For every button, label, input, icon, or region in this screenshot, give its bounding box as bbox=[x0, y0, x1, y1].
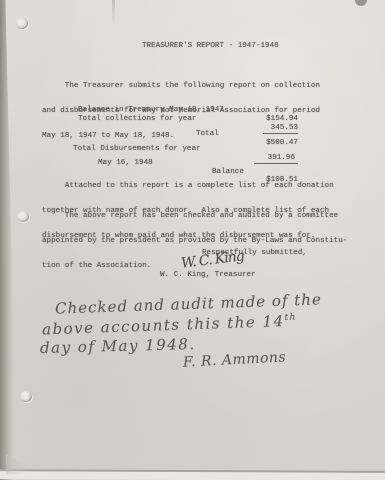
punch-hole-top bbox=[16, 18, 28, 29]
ledger-row-balance-1948: May 16, 1948 Balance $108.51 bbox=[0, 151, 18, 193]
punch-hole-middle bbox=[17, 211, 29, 222]
handwritten-note-line-3: day of May 1948. bbox=[40, 335, 196, 357]
ledger-label: Total bbox=[196, 130, 219, 138]
punch-hole-bottom bbox=[20, 391, 32, 402]
paper-left-edge-shadow bbox=[0, 0, 17, 480]
audit-line: appointed by the president as provided b… bbox=[42, 237, 347, 245]
ledger-amount-underlined: 391.96 bbox=[254, 154, 298, 164]
report-title: TREASURER'S REPORT - 1947-1948 bbox=[142, 42, 279, 50]
auditor-handwritten-signature: F. R. Ammons bbox=[183, 349, 287, 370]
intro-line: The Treasurer submits the following repo… bbox=[42, 82, 320, 90]
treasurer-typed-name: W. C. King, Treasurer bbox=[160, 271, 256, 279]
ledger-amount: $154.94 bbox=[248, 115, 298, 123]
ledger-label: Total Disbursements for year bbox=[73, 145, 201, 153]
ledger-amount: $500.47 bbox=[248, 139, 298, 147]
top-crease-mark bbox=[112, 0, 115, 26]
ledger-amount-underlined: 345.53 bbox=[263, 124, 298, 134]
top-right-scan-mark bbox=[355, 0, 367, 6]
ordinal-superscript: th bbox=[284, 313, 297, 323]
attachment-line: Attached to this report is a complete li… bbox=[42, 182, 334, 190]
scanned-treasurers-report-page: TREASURER'S REPORT - 1947-1948 The Treas… bbox=[0, 0, 385, 480]
audit-line: The above report has been checked and au… bbox=[42, 212, 347, 220]
paper-bottom-edge bbox=[0, 469, 385, 480]
ledger-label: Balance in Treasury May 18, 1947 bbox=[78, 106, 224, 114]
ledger-label: Total collections for year bbox=[78, 115, 196, 123]
